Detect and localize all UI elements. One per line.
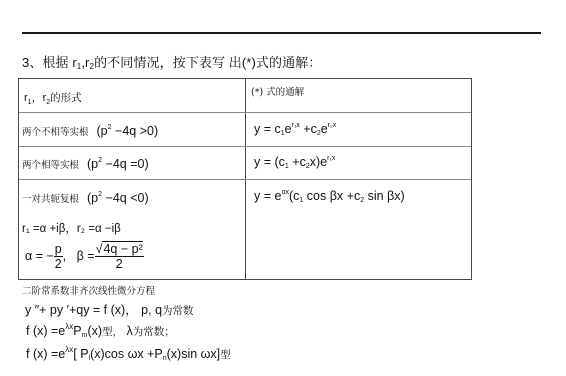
equation-2: f (x) =eλxPm(x)型， λ为常数；: [26, 322, 175, 339]
condition-open: (p: [97, 124, 108, 138]
equation-3: f (x) =eλx[ Pl(x)cos ωx +Pn(x)sin ωx]型: [26, 345, 231, 362]
sol-part: +c: [300, 122, 317, 136]
case-label: 一对共轭复根: [22, 194, 79, 205]
top-rule-divider: [22, 32, 541, 34]
eq2-cjk: 型，: [102, 326, 123, 338]
beta-num: √4q − p²: [95, 242, 144, 257]
header-tail: 的形式: [50, 92, 82, 104]
case-label: 两个相等实根: [22, 160, 79, 171]
condition-rest: −4q =0): [102, 157, 149, 171]
eq2-lambda: λ: [123, 324, 133, 338]
condition: (p2 −4q =0): [87, 157, 149, 171]
sol-part: x)e: [310, 155, 327, 169]
sol-part: y = (c: [254, 155, 285, 169]
header-general-solution: (*) 式的通解: [251, 84, 304, 98]
sol-part: y = e: [254, 189, 281, 203]
beta-lhs: β =: [77, 249, 95, 263]
case-label: 两个不相等实根: [22, 127, 89, 138]
roots-expression: r₁ =α +iβ，r₂ =α −iβ: [22, 220, 121, 236]
eq2-cjk: 为常数；: [133, 326, 175, 338]
equation-1: y ″+ py ′+qy = f (x)， p, q为常数: [25, 300, 194, 318]
sol-part: y = c: [254, 122, 281, 136]
condition: (p2 −4q >0): [97, 124, 159, 138]
alpha-den: 2: [54, 257, 63, 271]
solution-cell: y = (c1 +c2x)er₁x: [254, 155, 335, 170]
nonhomogeneous-title: 二阶常系数非齐次线性微分方程: [22, 283, 155, 297]
eq2-part: P: [73, 324, 81, 338]
case-cell: 两个相等实根(p2 −4q =0): [22, 155, 149, 173]
eq2-part: f (x) =e: [26, 324, 65, 338]
sol-part: +c: [289, 155, 306, 169]
beta-fraction: √4q − p²2: [95, 242, 144, 271]
case-cell: 两个不相等实根(p2 −4q >0): [22, 122, 158, 140]
table-row: 两个不相等实根(p2 −4q >0) y = c1er₁x +c2er₂x: [19, 113, 471, 147]
eq3-part: (x)cos ωx +P: [90, 347, 163, 361]
alpha-lhs: α = −: [25, 249, 54, 263]
case-cell: 一对共轭复根(p2 −4q <0): [22, 189, 149, 207]
beta-radicand: 4q − p²: [102, 241, 142, 256]
table-header-row: r1，r2的形式 (*) 式的通解: [19, 79, 471, 113]
heading-text-mid: ,r: [81, 55, 89, 70]
table-row: 两个相等实根(p2 −4q =0) y = (c1 +c2x)er₁x: [19, 147, 471, 180]
sol-part: (c: [289, 189, 299, 203]
solutions-table: r1，r2的形式 (*) 式的通解 两个不相等实根(p2 −4q >0) y =…: [18, 78, 472, 280]
eq1-math: y ″+ py ′+qy = f (x)， p, q: [25, 303, 162, 317]
header-r2: ，r: [32, 92, 47, 104]
sol-sup: αx: [281, 189, 289, 196]
sol-sup: r₁x: [292, 122, 300, 129]
header-roots-form: r1，r2的形式: [24, 89, 82, 106]
alpha-fraction: p2: [54, 242, 63, 271]
eq2-part: (x): [87, 324, 102, 338]
sol-part: e: [321, 122, 328, 136]
eq3-part: f (x) =e: [26, 347, 65, 361]
solution-cell: y = c1er₁x +c2er₂x: [254, 122, 336, 137]
condition: (p2 −4q <0): [87, 191, 149, 205]
eq3-part: (x)sin ωx]: [167, 347, 221, 361]
eq3-part: [ P: [73, 347, 88, 361]
beta-den: 2: [95, 257, 144, 271]
alpha-beta-formulas: α = −p2, β =√4q − p²2: [25, 242, 144, 271]
condition-rest: −4q <0): [102, 191, 149, 205]
condition-rest: −4q >0): [112, 124, 159, 138]
sol-sup: r₂x: [328, 122, 337, 129]
condition-open: (p: [87, 157, 98, 171]
table-row: 一对共轭复根(p2 −4q <0) r₁ =α +iβ，r₂ =α −iβ α …: [19, 180, 471, 279]
sol-sup: r₁x: [327, 155, 335, 162]
section-heading: 3、根据 r1,r2的不同情况，按下表写 出(*)式的通解：: [22, 52, 321, 71]
condition-open: (p: [87, 191, 98, 205]
sol-part: sin βx): [364, 189, 405, 203]
eq3-cjk: 型: [220, 349, 231, 361]
heading-text: 3、根据 r: [22, 55, 77, 70]
sol-part: e: [285, 122, 292, 136]
heading-text-suffix: 的不同情况，按下表写 出(*)式的通解：: [94, 55, 321, 70]
eq1-cjk: 为常数: [162, 305, 194, 317]
solution-cell: y = eαx(c1 cos βx +c2 sin βx): [254, 189, 405, 204]
sol-part: cos βx +c: [303, 189, 360, 203]
alpha-num: p: [54, 242, 63, 257]
